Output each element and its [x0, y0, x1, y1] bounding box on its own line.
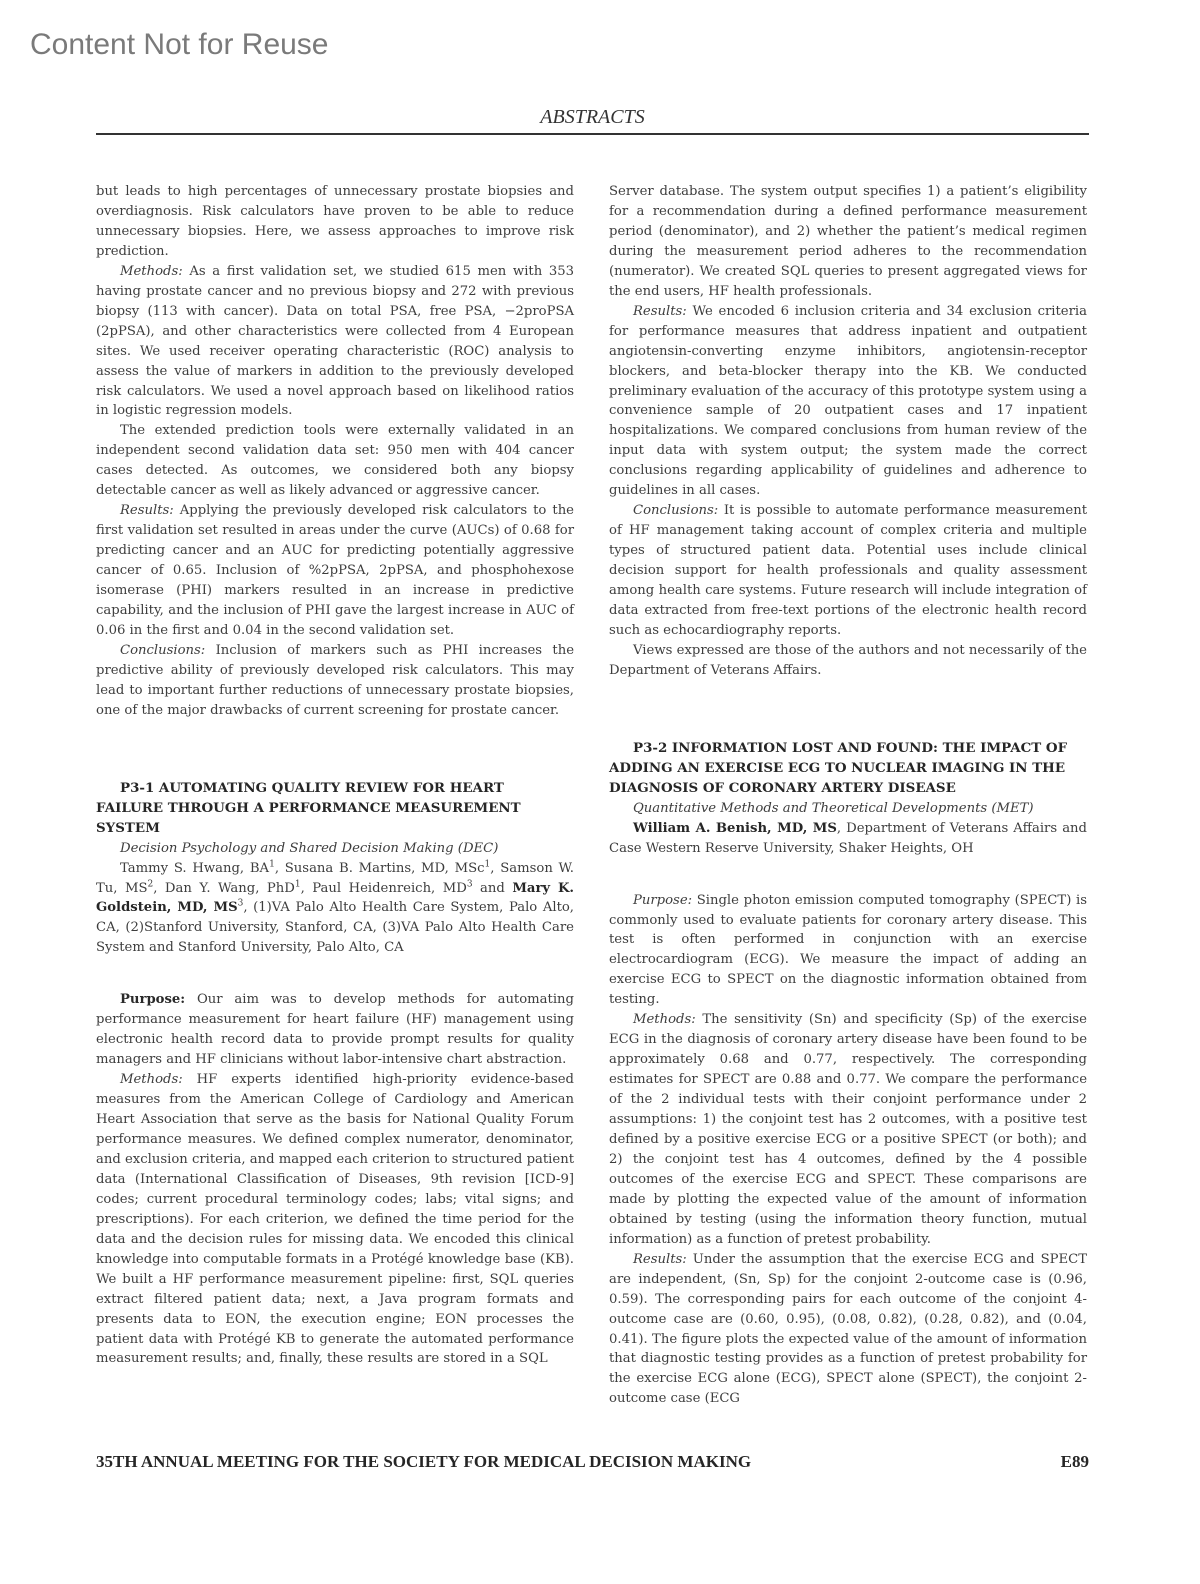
abstract-p3-1: P3-1 AUTOMATING QUALITY REVIEW FOR HEART…	[96, 779, 574, 1370]
spacer	[609, 681, 1087, 739]
continuation-validation: The extended prediction tools were exter…	[96, 421, 574, 501]
abstract-methods: Methods: The sensitivity (Sn) and specif…	[609, 1010, 1087, 1249]
abstract-category: Quantitative Methods and Theoretical Dev…	[609, 799, 1087, 819]
running-head: ABSTRACTS	[96, 106, 1089, 129]
p31-methods-continued: Server database. The system output speci…	[609, 182, 1087, 302]
page-number: E89	[1061, 1452, 1089, 1472]
spacer	[96, 721, 574, 779]
abstract-purpose: Purpose: Our aim was to develop methods …	[96, 990, 574, 1070]
footer-meeting-name: 35TH ANNUAL MEETING FOR THE SOCIETY FOR …	[96, 1452, 751, 1472]
p31-conclusions: Conclusions: It is possible to automate …	[609, 501, 1087, 641]
continuation-conclusions: Conclusions: Inclusion of markers such a…	[96, 641, 574, 721]
watermark: Content Not for Reuse	[30, 28, 329, 62]
abstract-methods: Methods: HF experts identified high-prio…	[96, 1070, 574, 1369]
header-rule	[96, 133, 1089, 135]
abstract-p3-2: P3-2 INFORMATION LOST AND FOUND: THE IMP…	[609, 739, 1087, 1410]
continuation-methods: Methods: As a first validation set, we s…	[96, 262, 574, 422]
p31-results: Results: We encoded 6 inclusion criteria…	[609, 302, 1087, 502]
p31-disclaimer: Views expressed are those of the authors…	[609, 641, 1087, 681]
continuation-intro: but leads to high percentages of unneces…	[96, 182, 574, 262]
right-column: Server database. The system output speci…	[609, 182, 1087, 1409]
left-column: but leads to high percentages of unneces…	[96, 182, 574, 1369]
abstract-title: P3-2 INFORMATION LOST AND FOUND: THE IMP…	[609, 739, 1087, 799]
abstract-purpose: Purpose: Single photon emission computed…	[609, 891, 1087, 1011]
page-footer: 35TH ANNUAL MEETING FOR THE SOCIETY FOR …	[96, 1452, 1089, 1472]
abstract-authors: William A. Benish, MD, MS, Department of…	[609, 819, 1087, 859]
spacer	[96, 958, 574, 990]
abstract-category: Decision Psychology and Shared Decision …	[96, 839, 574, 859]
presenting-author: William A. Benish, MD, MS	[633, 821, 837, 836]
spacer	[609, 859, 1087, 891]
abstract-results: Results: Under the assumption that the e…	[609, 1250, 1087, 1410]
abstract-title: P3-1 AUTOMATING QUALITY REVIEW FOR HEART…	[96, 779, 574, 839]
abstract-authors: Tammy S. Hwang, BA1, Susana B. Martins, …	[96, 859, 574, 959]
continuation-results: Results: Applying the previously develop…	[96, 501, 574, 641]
